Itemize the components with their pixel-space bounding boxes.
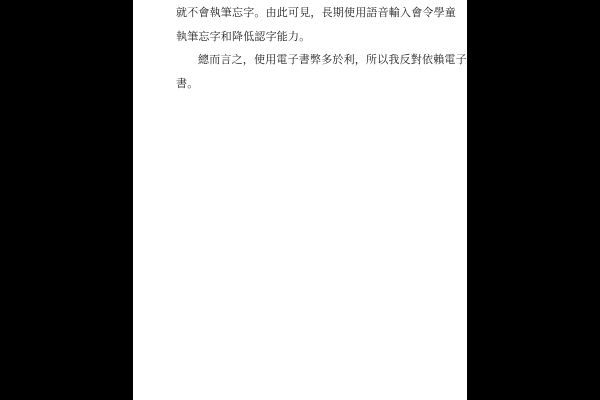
text-line: 就不會執筆忘字。由此可見，長期使用語音輸入會令學童 (176, 2, 429, 26)
text-line: 執筆忘字和降低認字能力。 (176, 26, 429, 50)
document-page: 就不會執筆忘字。由此可見，長期使用語音輸入會令學童 執筆忘字和降低認字能力。 總… (133, 0, 467, 400)
letterbox-left (0, 0, 133, 400)
text-line: 總而言之，使用電子書弊多於利，所以我反對依賴電子 (176, 49, 429, 73)
text-line: 書。 (176, 73, 429, 97)
document-text-block: 就不會執筆忘字。由此可見，長期使用語音輸入會令學童 執筆忘字和降低認字能力。 總… (133, 0, 467, 96)
letterbox-right (467, 0, 600, 400)
viewer-stage: 就不會執筆忘字。由此可見，長期使用語音輸入會令學童 執筆忘字和降低認字能力。 總… (0, 0, 600, 400)
